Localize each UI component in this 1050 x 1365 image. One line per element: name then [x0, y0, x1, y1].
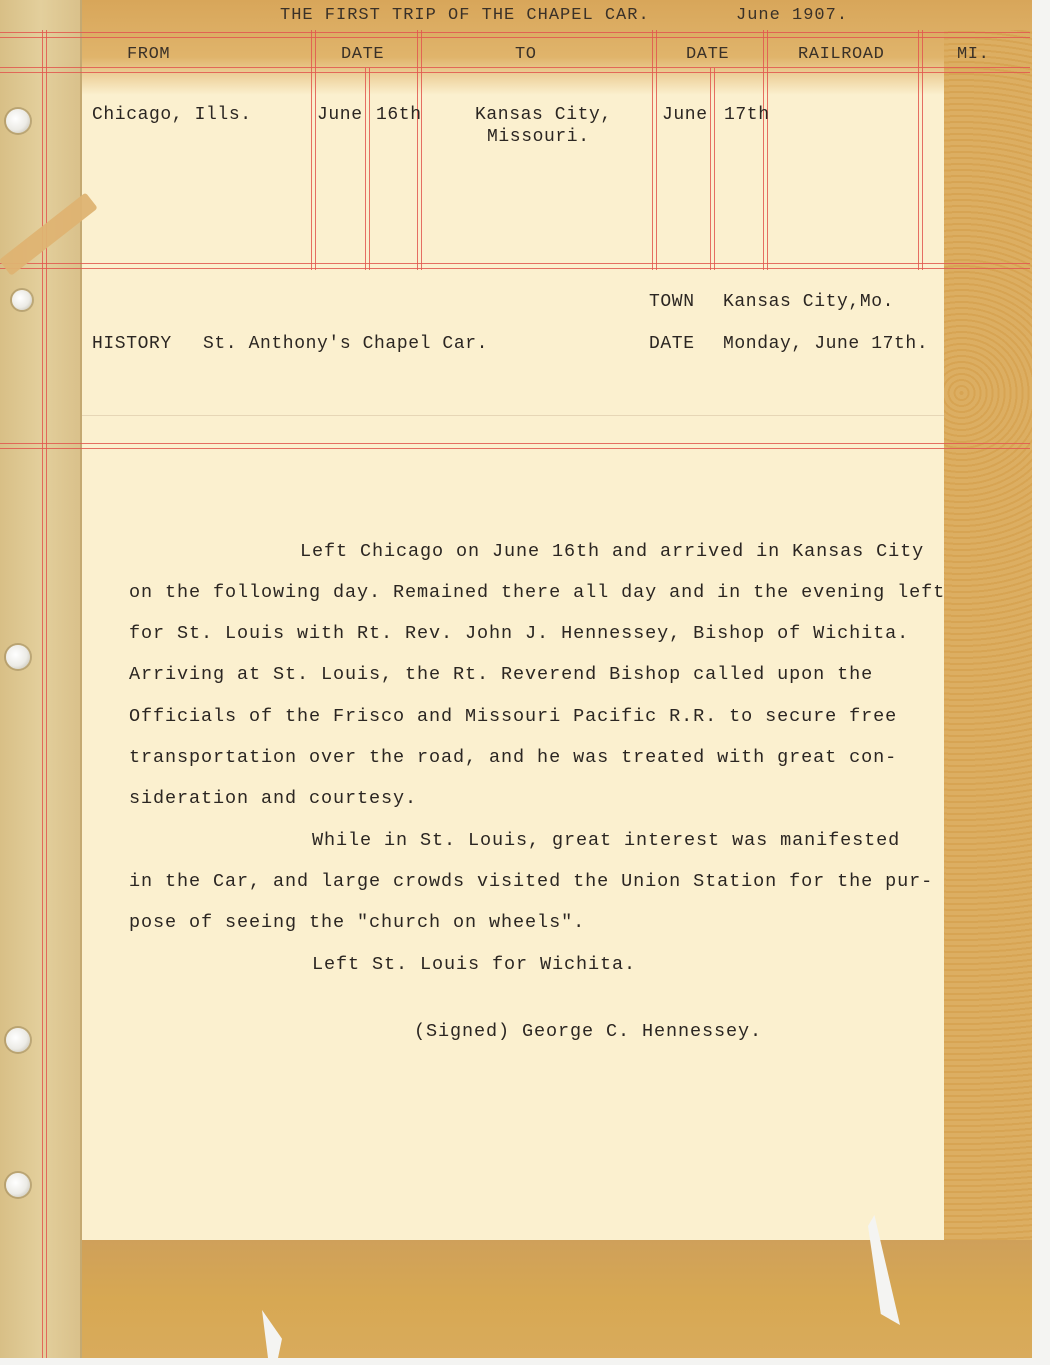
- body-line: Arriving at St. Louis, the Rt. Reverend …: [129, 664, 873, 685]
- column-rule: [710, 68, 715, 270]
- column-header-date: DATE: [686, 45, 729, 64]
- section-rule: [0, 443, 1030, 449]
- cell-to-line2: Missouri.: [487, 127, 590, 147]
- binder-hole: [6, 645, 30, 669]
- binder-hole: [6, 1028, 30, 1052]
- body-line: for St. Louis with Rt. Rev. John J. Henn…: [129, 623, 909, 644]
- date-value: Monday, June 17th.: [723, 334, 928, 354]
- column-rule: [365, 68, 370, 270]
- town-value: Kansas City,Mo.: [723, 292, 894, 312]
- history-value: St. Anthony's Chapel Car.: [203, 334, 488, 354]
- body-line: on the following day. Remained there all…: [129, 582, 945, 603]
- column-rule: [417, 30, 422, 270]
- column-header-date: DATE: [341, 45, 384, 64]
- cell-to-day: 17th: [724, 105, 770, 125]
- date-label: DATE: [649, 334, 695, 354]
- faint-rule: [82, 415, 944, 416]
- top-rule: [0, 32, 1030, 38]
- cell-to-line1: Kansas City,: [475, 105, 612, 125]
- column-header-railroad: RAILROAD: [798, 45, 884, 64]
- column-header-from: FROM: [127, 45, 170, 64]
- column-rule: [652, 30, 657, 270]
- body-line: pose of seeing the "church on wheels".: [129, 912, 585, 933]
- table-bottom-rule: [0, 263, 1030, 269]
- cell-from-day: 16th: [376, 105, 422, 125]
- body-line: While in St. Louis, great interest was m…: [312, 830, 900, 851]
- aged-right-edge: [944, 30, 1032, 1240]
- column-header-miles: MI.: [957, 45, 989, 64]
- town-label: TOWN: [649, 292, 695, 312]
- body-line: Officials of the Frisco and Missouri Pac…: [129, 706, 897, 727]
- cell-from-month: June: [317, 105, 363, 125]
- binder-hole: [6, 1173, 30, 1197]
- column-rule: [763, 30, 768, 270]
- cell-from: Chicago, Ills.: [92, 105, 252, 125]
- body-line: in the Car, and large crowds visited the…: [129, 871, 933, 892]
- binder-hole: [12, 290, 32, 310]
- document-title-date: June 1907.: [736, 6, 848, 25]
- document-title: THE FIRST TRIP OF THE CHAPEL CAR.: [280, 6, 650, 25]
- binder-hole: [6, 109, 30, 133]
- body-line: Left Chicago on June 16th and arrived in…: [300, 541, 924, 562]
- cell-to-month: June: [662, 105, 708, 125]
- body-line: sideration and courtesy.: [129, 788, 417, 809]
- column-rule: [918, 30, 923, 270]
- column-header-to: TO: [515, 45, 537, 64]
- body-line: transportation over the road, and he was…: [129, 747, 897, 768]
- body-line: Left St. Louis for Wichita.: [312, 954, 636, 975]
- header-rule: [0, 67, 1030, 73]
- column-rule: [311, 30, 316, 270]
- history-label: HISTORY: [92, 334, 172, 354]
- scan-margin: [1032, 0, 1050, 1365]
- signature: (Signed) George C. Hennessey.: [414, 1021, 762, 1042]
